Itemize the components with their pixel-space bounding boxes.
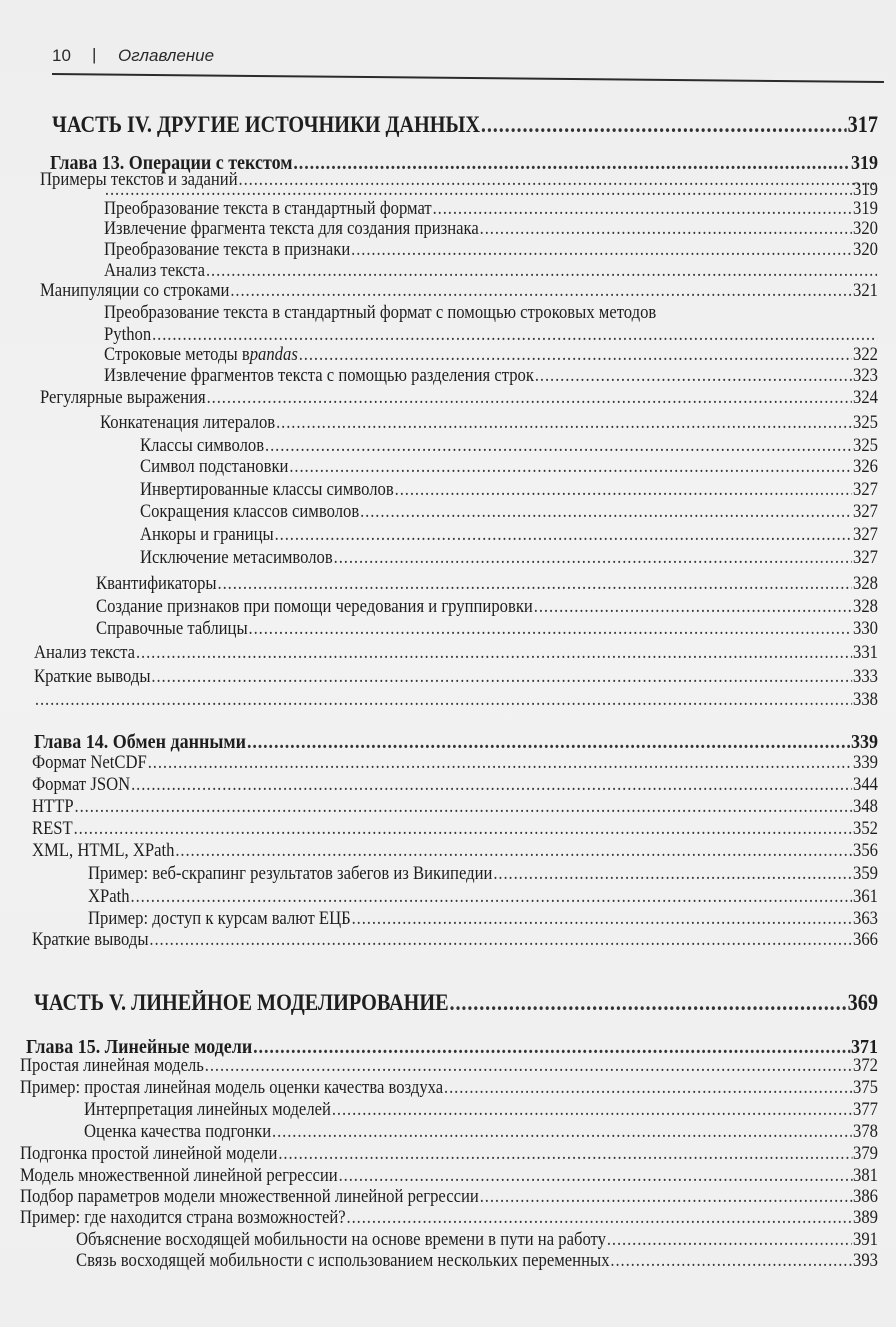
toc-entry-page: 327 xyxy=(853,480,878,501)
toc-entry-title: Анализ текста xyxy=(34,643,135,664)
dot-leader xyxy=(136,643,852,664)
toc-entry-page: 363 xyxy=(853,909,878,930)
dot-leader xyxy=(610,1251,852,1272)
header-separator: | xyxy=(92,45,96,65)
dot-leader xyxy=(351,240,852,261)
toc-entry-page: 339 xyxy=(853,753,878,774)
toc-entry: Анализ текста xyxy=(104,261,878,282)
toc-entry-page: 333 xyxy=(853,667,878,688)
dot-leader xyxy=(35,690,852,711)
toc-entry-title: Связь восходящей мобильности с использов… xyxy=(76,1251,610,1272)
toc-entry: Создание признаков при помощи чередовани… xyxy=(96,597,878,618)
toc-entry-title: Регулярные выражения xyxy=(40,388,206,409)
toc-entry-title: Квантификаторы xyxy=(96,574,217,595)
toc-entry-title: Интерпретация линейных моделей xyxy=(84,1100,331,1121)
toc-entry-title: ЧАСТЬ IV. ДРУГИЕ ИСТОЧНИКИ ДАННЫХ xyxy=(52,112,480,138)
toc-entry-title-italic: pandas xyxy=(250,345,298,366)
toc-entry-page: 327 xyxy=(853,525,878,546)
toc-entry: XPath361 xyxy=(88,887,878,908)
dot-leader xyxy=(247,731,850,754)
dot-leader xyxy=(131,775,852,796)
toc-entry-title: XPath xyxy=(88,887,130,908)
toc-entry-page: 352 xyxy=(853,819,878,840)
toc-entry-page: 366 xyxy=(853,930,878,951)
toc-entry-title: Преобразование текста в признаки xyxy=(104,240,350,261)
toc-entry-title: Краткие выводы xyxy=(34,667,151,688)
dot-leader xyxy=(175,841,852,862)
toc-entry: Объяснение восходящей мобильности на осн… xyxy=(76,1230,878,1251)
toc-entry-title: Пример: простая линейная модель оценки к… xyxy=(20,1078,443,1099)
toc-entry: Преобразование текста в стандартный форм… xyxy=(104,199,878,220)
dot-leader xyxy=(360,502,852,523)
toc-entry: Преобразование текста в стандартный форм… xyxy=(104,303,656,324)
toc-entry-page: 325 xyxy=(853,413,878,434)
toc-entry-page: 328 xyxy=(853,574,878,595)
toc-entry-title: Объяснение восходящей мобильности на осн… xyxy=(76,1230,606,1251)
toc-entry: Python xyxy=(104,325,878,346)
dot-leader xyxy=(480,1187,852,1208)
toc-entry-title: Извлечение фрагментов текста с помощью р… xyxy=(104,366,534,387)
toc-entry: Пример: веб-скрапинг результатов забегов… xyxy=(88,864,878,885)
toc-entry-page: 348 xyxy=(853,797,878,818)
toc-entry-page: 381 xyxy=(853,1166,878,1187)
toc-entry: Классы символов325 xyxy=(140,436,878,457)
toc-entry-page: 377 xyxy=(853,1100,878,1121)
toc-entry-page: 361 xyxy=(853,887,878,908)
toc-entry-title: ЧАСТЬ V. ЛИНЕЙНОЕ МОДЕЛИРОВАНИЕ xyxy=(34,990,449,1016)
dot-leader xyxy=(218,574,853,595)
page-number: 10 xyxy=(52,46,71,66)
dot-leader xyxy=(444,1078,852,1099)
toc-entry-title: Сокращения классов символов xyxy=(140,502,359,523)
toc-entry-page: 317 xyxy=(848,112,878,138)
toc-entry: 319 xyxy=(104,180,878,201)
toc-entry: Пример: где находится страна возможносте… xyxy=(20,1208,878,1229)
toc-entry-title: Глава 14. Обмен данными xyxy=(34,731,246,754)
toc-entry: Простая линейная модель372 xyxy=(20,1056,878,1077)
dot-leader xyxy=(272,1122,852,1143)
toc-entry-title: Символ подстановки xyxy=(140,457,288,478)
running-header: 10 | Оглавление xyxy=(52,42,882,72)
toc-entry: Извлечение фрагмента текста для создания… xyxy=(104,219,878,240)
dot-leader xyxy=(230,281,852,302)
toc-entry-title: Инвертированные классы символов xyxy=(140,480,394,501)
toc-entry: Связь восходящей мобильности с использов… xyxy=(76,1251,878,1272)
toc-entry: Подгонка простой линейной модели379 xyxy=(20,1144,878,1165)
dot-leader xyxy=(207,388,853,409)
toc-entry: Формат JSON344 xyxy=(32,775,878,796)
dot-leader xyxy=(75,797,853,818)
toc-entry-page: 320 xyxy=(853,240,878,261)
toc-entry-page: 322 xyxy=(853,345,878,366)
dot-leader xyxy=(493,864,852,885)
toc-entry: Сокращения классов символов327 xyxy=(140,502,878,523)
toc-entry-page: 386 xyxy=(853,1187,878,1208)
toc-entry: Краткие выводы333 xyxy=(34,667,878,688)
toc-entry-title: Формат NetCDF xyxy=(32,753,147,774)
toc-entry-title: Формат JSON xyxy=(32,775,130,796)
toc-entry-title: Создание признаков при помощи чередовани… xyxy=(96,597,533,618)
dot-leader xyxy=(339,1166,853,1187)
dot-leader xyxy=(395,480,852,501)
toc-entry-title: Пример: доступ к курсам валют ЕЦБ xyxy=(88,909,351,930)
dot-leader xyxy=(332,1100,852,1121)
toc-entry-title: Пример: где находится страна возможносте… xyxy=(20,1208,346,1229)
toc-entry: Интерпретация линейных моделей377 xyxy=(84,1100,878,1121)
toc-entry-title: Справочные таблицы xyxy=(96,619,248,640)
toc-entry-page: 319 xyxy=(853,199,878,220)
toc-entry-page: 320 xyxy=(853,219,878,240)
dot-leader xyxy=(347,1208,853,1229)
toc-entry-page: 326 xyxy=(853,457,878,478)
toc-entry: Краткие выводы366 xyxy=(32,930,878,951)
dot-leader xyxy=(152,325,877,346)
toc-entry: Символ подстановки326 xyxy=(140,457,878,478)
dot-leader xyxy=(480,219,852,240)
toc-entry: Пример: простая линейная модель оценки к… xyxy=(20,1078,878,1099)
dot-leader xyxy=(105,180,852,201)
toc-entry-page: 379 xyxy=(853,1144,878,1165)
dot-leader xyxy=(276,413,852,434)
toc-entry: Глава 14. Обмен данными339 xyxy=(34,731,878,754)
toc-entry-page: 325 xyxy=(853,436,878,457)
toc-entry: Конкатенация литералов325 xyxy=(100,413,878,434)
dot-leader xyxy=(534,597,852,618)
toc-entry: Оценка качества подгонки378 xyxy=(84,1122,878,1143)
dot-leader xyxy=(205,1056,852,1077)
toc-entry: Извлечение фрагментов текста с помощью р… xyxy=(104,366,878,387)
toc-entry-title: Преобразование текста в стандартный форм… xyxy=(104,199,432,220)
toc-entry-title: Подбор параметров модели множественной л… xyxy=(20,1187,479,1208)
toc-entry-page: 375 xyxy=(853,1078,878,1099)
toc-entry-page: 378 xyxy=(853,1122,878,1143)
dot-leader xyxy=(265,436,852,457)
toc-entry-title: Анализ текста xyxy=(104,261,205,282)
toc-entry-page: 391 xyxy=(853,1230,878,1251)
dot-leader xyxy=(607,1230,852,1251)
toc-entry-title: Исключение метасимволов xyxy=(140,548,333,569)
toc-entry: HTTP348 xyxy=(32,797,878,818)
dot-leader xyxy=(450,990,847,1016)
toc-entry-title: Python xyxy=(104,325,151,346)
toc-entry-title: Подгонка простой линейной модели xyxy=(20,1144,277,1165)
dot-leader xyxy=(74,819,853,840)
toc-entry-title: Строковые методы в xyxy=(104,345,250,366)
toc-entry-page: 372 xyxy=(853,1056,878,1077)
dot-leader xyxy=(481,112,847,138)
toc-entry: Анализ текста331 xyxy=(34,643,878,664)
toc-entry-page: 393 xyxy=(853,1251,878,1272)
dot-leader xyxy=(151,667,852,688)
header-rule xyxy=(52,73,884,83)
toc-entry-title: Пример: веб-скрапинг результатов забегов… xyxy=(88,864,492,885)
toc-entry-page: 369 xyxy=(848,990,878,1016)
toc-entry-title: XML, HTML, XPath xyxy=(32,841,174,862)
toc-entry-page: 339 xyxy=(851,731,878,754)
toc-entry: Манипуляции со строками321 xyxy=(40,281,878,302)
toc-entry: ЧАСТЬ V. ЛИНЕЙНОЕ МОДЕЛИРОВАНИЕ369 xyxy=(34,990,878,1016)
toc-entry-page: 324 xyxy=(853,388,878,409)
toc-entry-page: 323 xyxy=(853,366,878,387)
toc-entry: Анкоры и границы327 xyxy=(140,525,878,546)
toc-entry-title: Преобразование текста в стандартный форм… xyxy=(104,303,656,324)
dot-leader xyxy=(249,619,853,640)
toc-entry-title: Анкоры и границы xyxy=(140,525,274,546)
dot-leader xyxy=(334,548,852,569)
dot-leader xyxy=(149,930,852,951)
toc-entry-page: 328 xyxy=(853,597,878,618)
dot-leader xyxy=(275,525,853,546)
toc-entry: 338 xyxy=(34,690,878,711)
dot-leader xyxy=(278,1144,852,1165)
toc-entry: Регулярные выражения324 xyxy=(40,388,878,409)
toc-entry: XML, HTML, XPath356 xyxy=(32,841,878,862)
header-title: Оглавление xyxy=(118,46,214,66)
toc-entry-page: 319 xyxy=(853,180,878,201)
toc-entry: Квантификаторы328 xyxy=(96,574,878,595)
toc-entry-page: 344 xyxy=(853,775,878,796)
toc-entry-title: Простая линейная модель xyxy=(20,1056,204,1077)
toc-entry-page: 356 xyxy=(853,841,878,862)
dot-leader xyxy=(433,199,853,220)
toc-entry: Модель множественной линейной регрессии3… xyxy=(20,1166,878,1187)
toc-entry-page: 327 xyxy=(853,502,878,523)
toc-entry-title: Манипуляции со строками xyxy=(40,281,229,302)
toc-entry-title: HTTP xyxy=(32,797,74,818)
dot-leader xyxy=(148,753,852,774)
book-page: 10 | Оглавление ЧАСТЬ IV. ДРУГИЕ ИСТОЧНИ… xyxy=(0,0,896,1327)
toc-entry-title: Извлечение фрагмента текста для создания… xyxy=(104,219,479,240)
toc-entry-title: REST xyxy=(32,819,73,840)
toc-entry: Преобразование текста в признаки320 xyxy=(104,240,878,261)
toc-entry-page: 321 xyxy=(853,281,878,302)
toc-entry: Строковые методы в pandas322 xyxy=(104,345,878,366)
toc-entry-title: Краткие выводы xyxy=(32,930,149,951)
toc-entry: Инвертированные классы символов327 xyxy=(140,480,878,501)
toc-entry-title: Оценка качества подгонки xyxy=(84,1122,271,1143)
toc-entry-page: 389 xyxy=(853,1208,878,1229)
toc-entry: Исключение метасимволов327 xyxy=(140,548,878,569)
dot-leader xyxy=(206,261,877,282)
toc-entry-page: 327 xyxy=(853,548,878,569)
dot-leader xyxy=(289,457,852,478)
toc-entry: ЧАСТЬ IV. ДРУГИЕ ИСТОЧНИКИ ДАННЫХ317 xyxy=(52,112,878,138)
dot-leader xyxy=(352,909,853,930)
toc-entry-title: Классы символов xyxy=(140,436,264,457)
toc-entry-title: Модель множественной линейной регрессии xyxy=(20,1166,338,1187)
toc-entry-page: 359 xyxy=(853,864,878,885)
toc-entry: Пример: доступ к курсам валют ЕЦБ363 xyxy=(88,909,878,930)
toc-entry-page: 338 xyxy=(853,690,878,711)
dot-leader xyxy=(535,366,852,387)
dot-leader xyxy=(299,345,852,366)
toc-entry-title: Конкатенация литералов xyxy=(100,413,275,434)
toc-entry: Справочные таблицы330 xyxy=(96,619,878,640)
toc-entry-page: 331 xyxy=(853,643,878,664)
toc-entry: Подбор параметров модели множественной л… xyxy=(20,1187,878,1208)
dot-leader xyxy=(131,887,853,908)
toc-entry: REST352 xyxy=(32,819,878,840)
toc-entry: Формат NetCDF339 xyxy=(32,753,878,774)
toc-entry-page: 330 xyxy=(853,619,878,640)
